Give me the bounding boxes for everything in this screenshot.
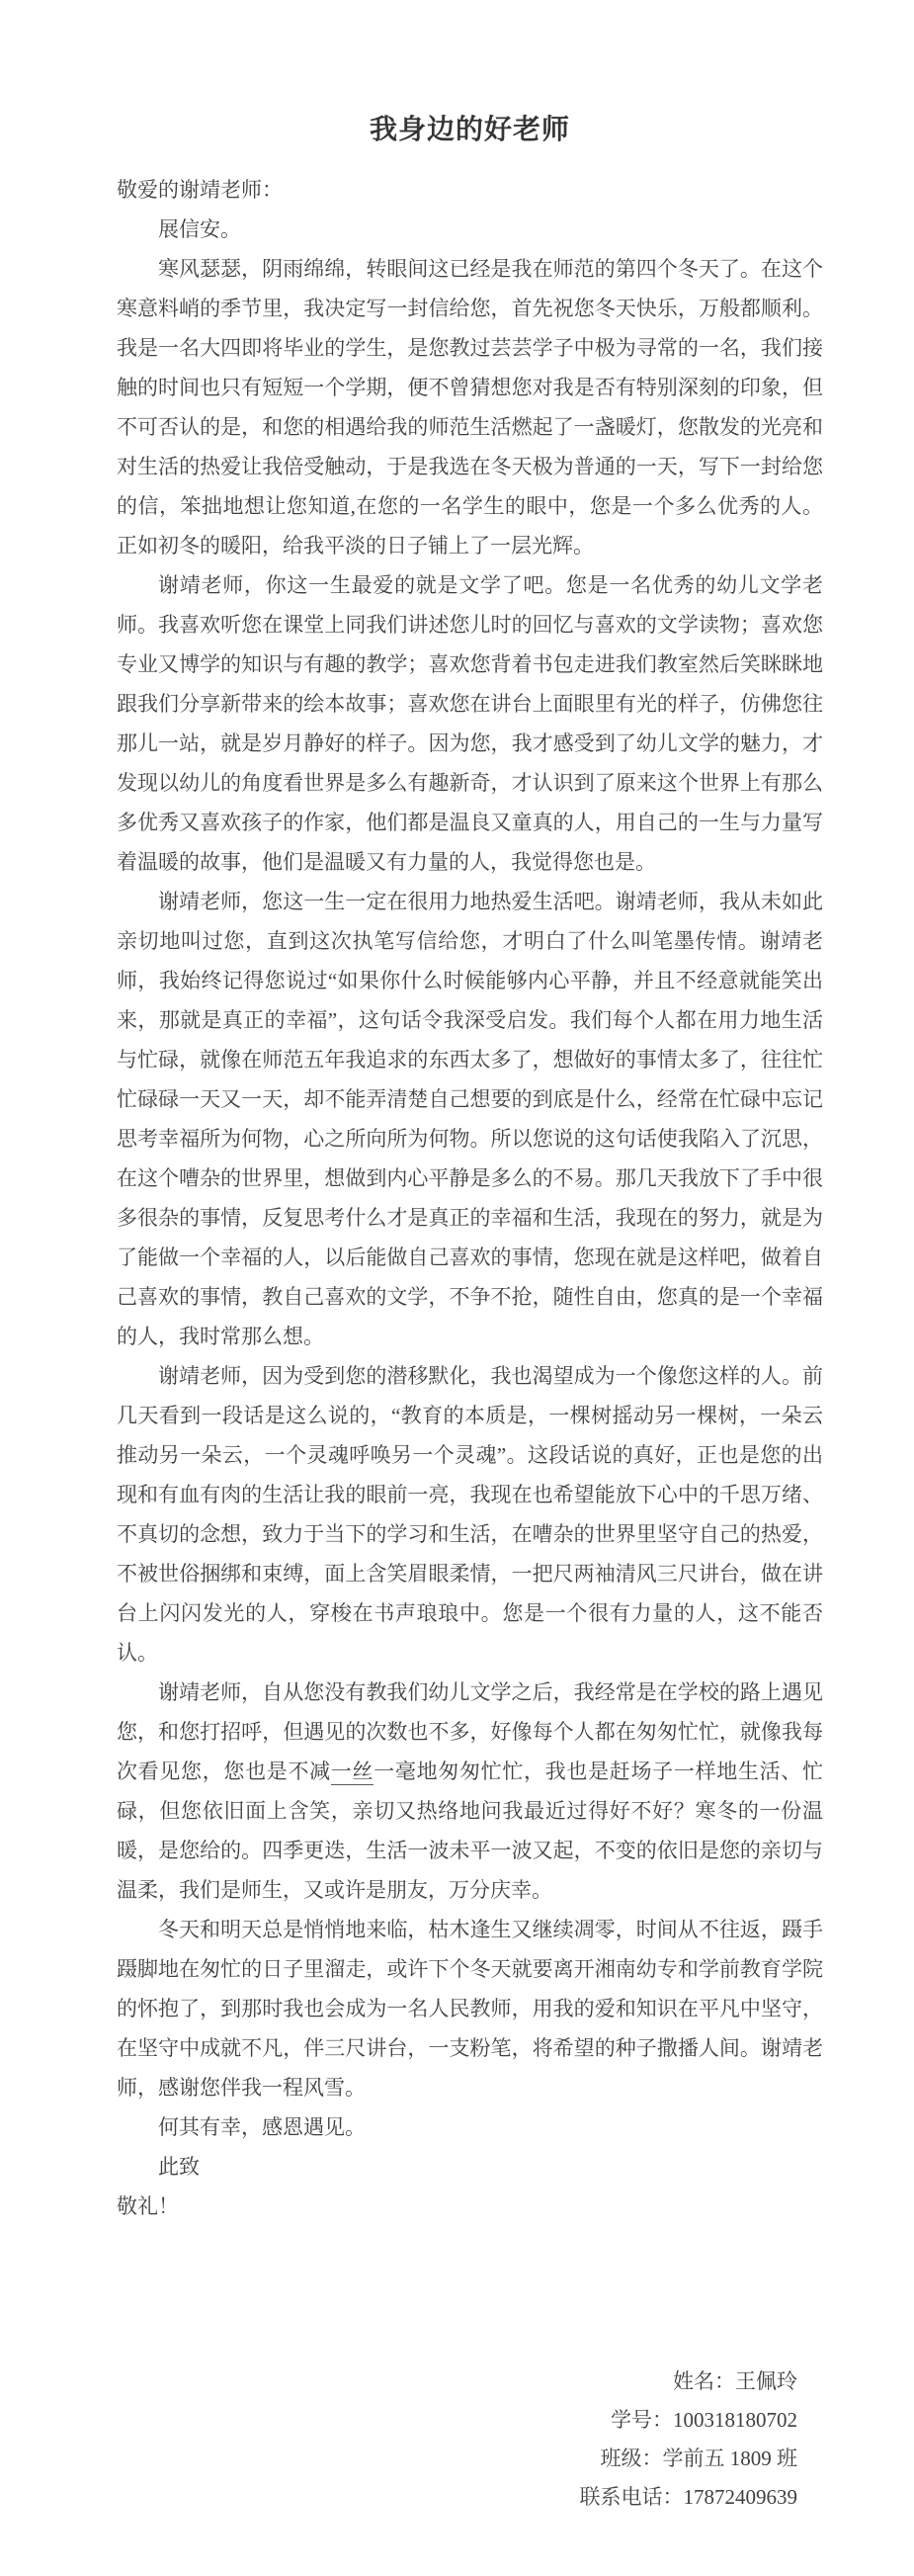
underlined-phrase: 一丝 bbox=[331, 1760, 374, 1785]
greeting-line: 展信安。 bbox=[117, 210, 823, 249]
thanks-line: 何其有幸，感恩遇见。 bbox=[117, 2107, 823, 2147]
paragraph-4: 谢靖老师，因为受到您的潜移默化，我也渴望成为一个像您这样的人。前几天看到一段话是… bbox=[117, 1356, 823, 1673]
paragraph-5: 谢靖老师，自从您没有教我们幼儿文学之后，我经常是在学校的路上遇见您，和您打招呼，… bbox=[117, 1673, 823, 1910]
signature-class: 班级：学前五 1809 班 bbox=[117, 2440, 797, 2478]
paragraph-2: 谢靖老师，你这一生最爱的就是文学了吧。您是一名优秀的幼儿文学老师。我喜欢听您在课… bbox=[117, 565, 823, 882]
letter-page: 我身边的好老师 敬爱的谢靖老师： 展信安。 寒风瑟瑟，阴雨绵绵，转眼间这已经是我… bbox=[0, 0, 914, 2576]
paragraph-1: 寒风瑟瑟，阴雨绵绵，转眼间这已经是我在师范的第四个冬天了。在这个寒意料峭的季节里… bbox=[117, 249, 823, 565]
signature-name: 姓名：王佩玲 bbox=[117, 2362, 797, 2401]
salutation-line: 敬爱的谢靖老师： bbox=[117, 170, 823, 210]
closing-line: 此致 bbox=[117, 2147, 823, 2187]
paragraph-6: 冬天和明天总是悄悄地来临，枯木逢生又继续凋零，时间从不往返，蹑手蹑脚地在匆忙的日… bbox=[117, 1910, 823, 2107]
salute-line: 敬礼！ bbox=[117, 2187, 823, 2226]
signature-student-id: 学号：100318180702 bbox=[117, 2401, 797, 2440]
paragraph-3: 谢靖老师，您这一生一定在很用力地热爱生活吧。谢靖老师，我从未如此亲切地叫过您，直… bbox=[117, 882, 823, 1356]
letter-title: 我身边的好老师 bbox=[117, 115, 823, 144]
signature-phone: 联系电话：17872409639 bbox=[117, 2478, 797, 2517]
signature-block: 姓名：王佩玲 学号：100318180702 班级：学前五 1809 班 联系电… bbox=[117, 2362, 823, 2517]
